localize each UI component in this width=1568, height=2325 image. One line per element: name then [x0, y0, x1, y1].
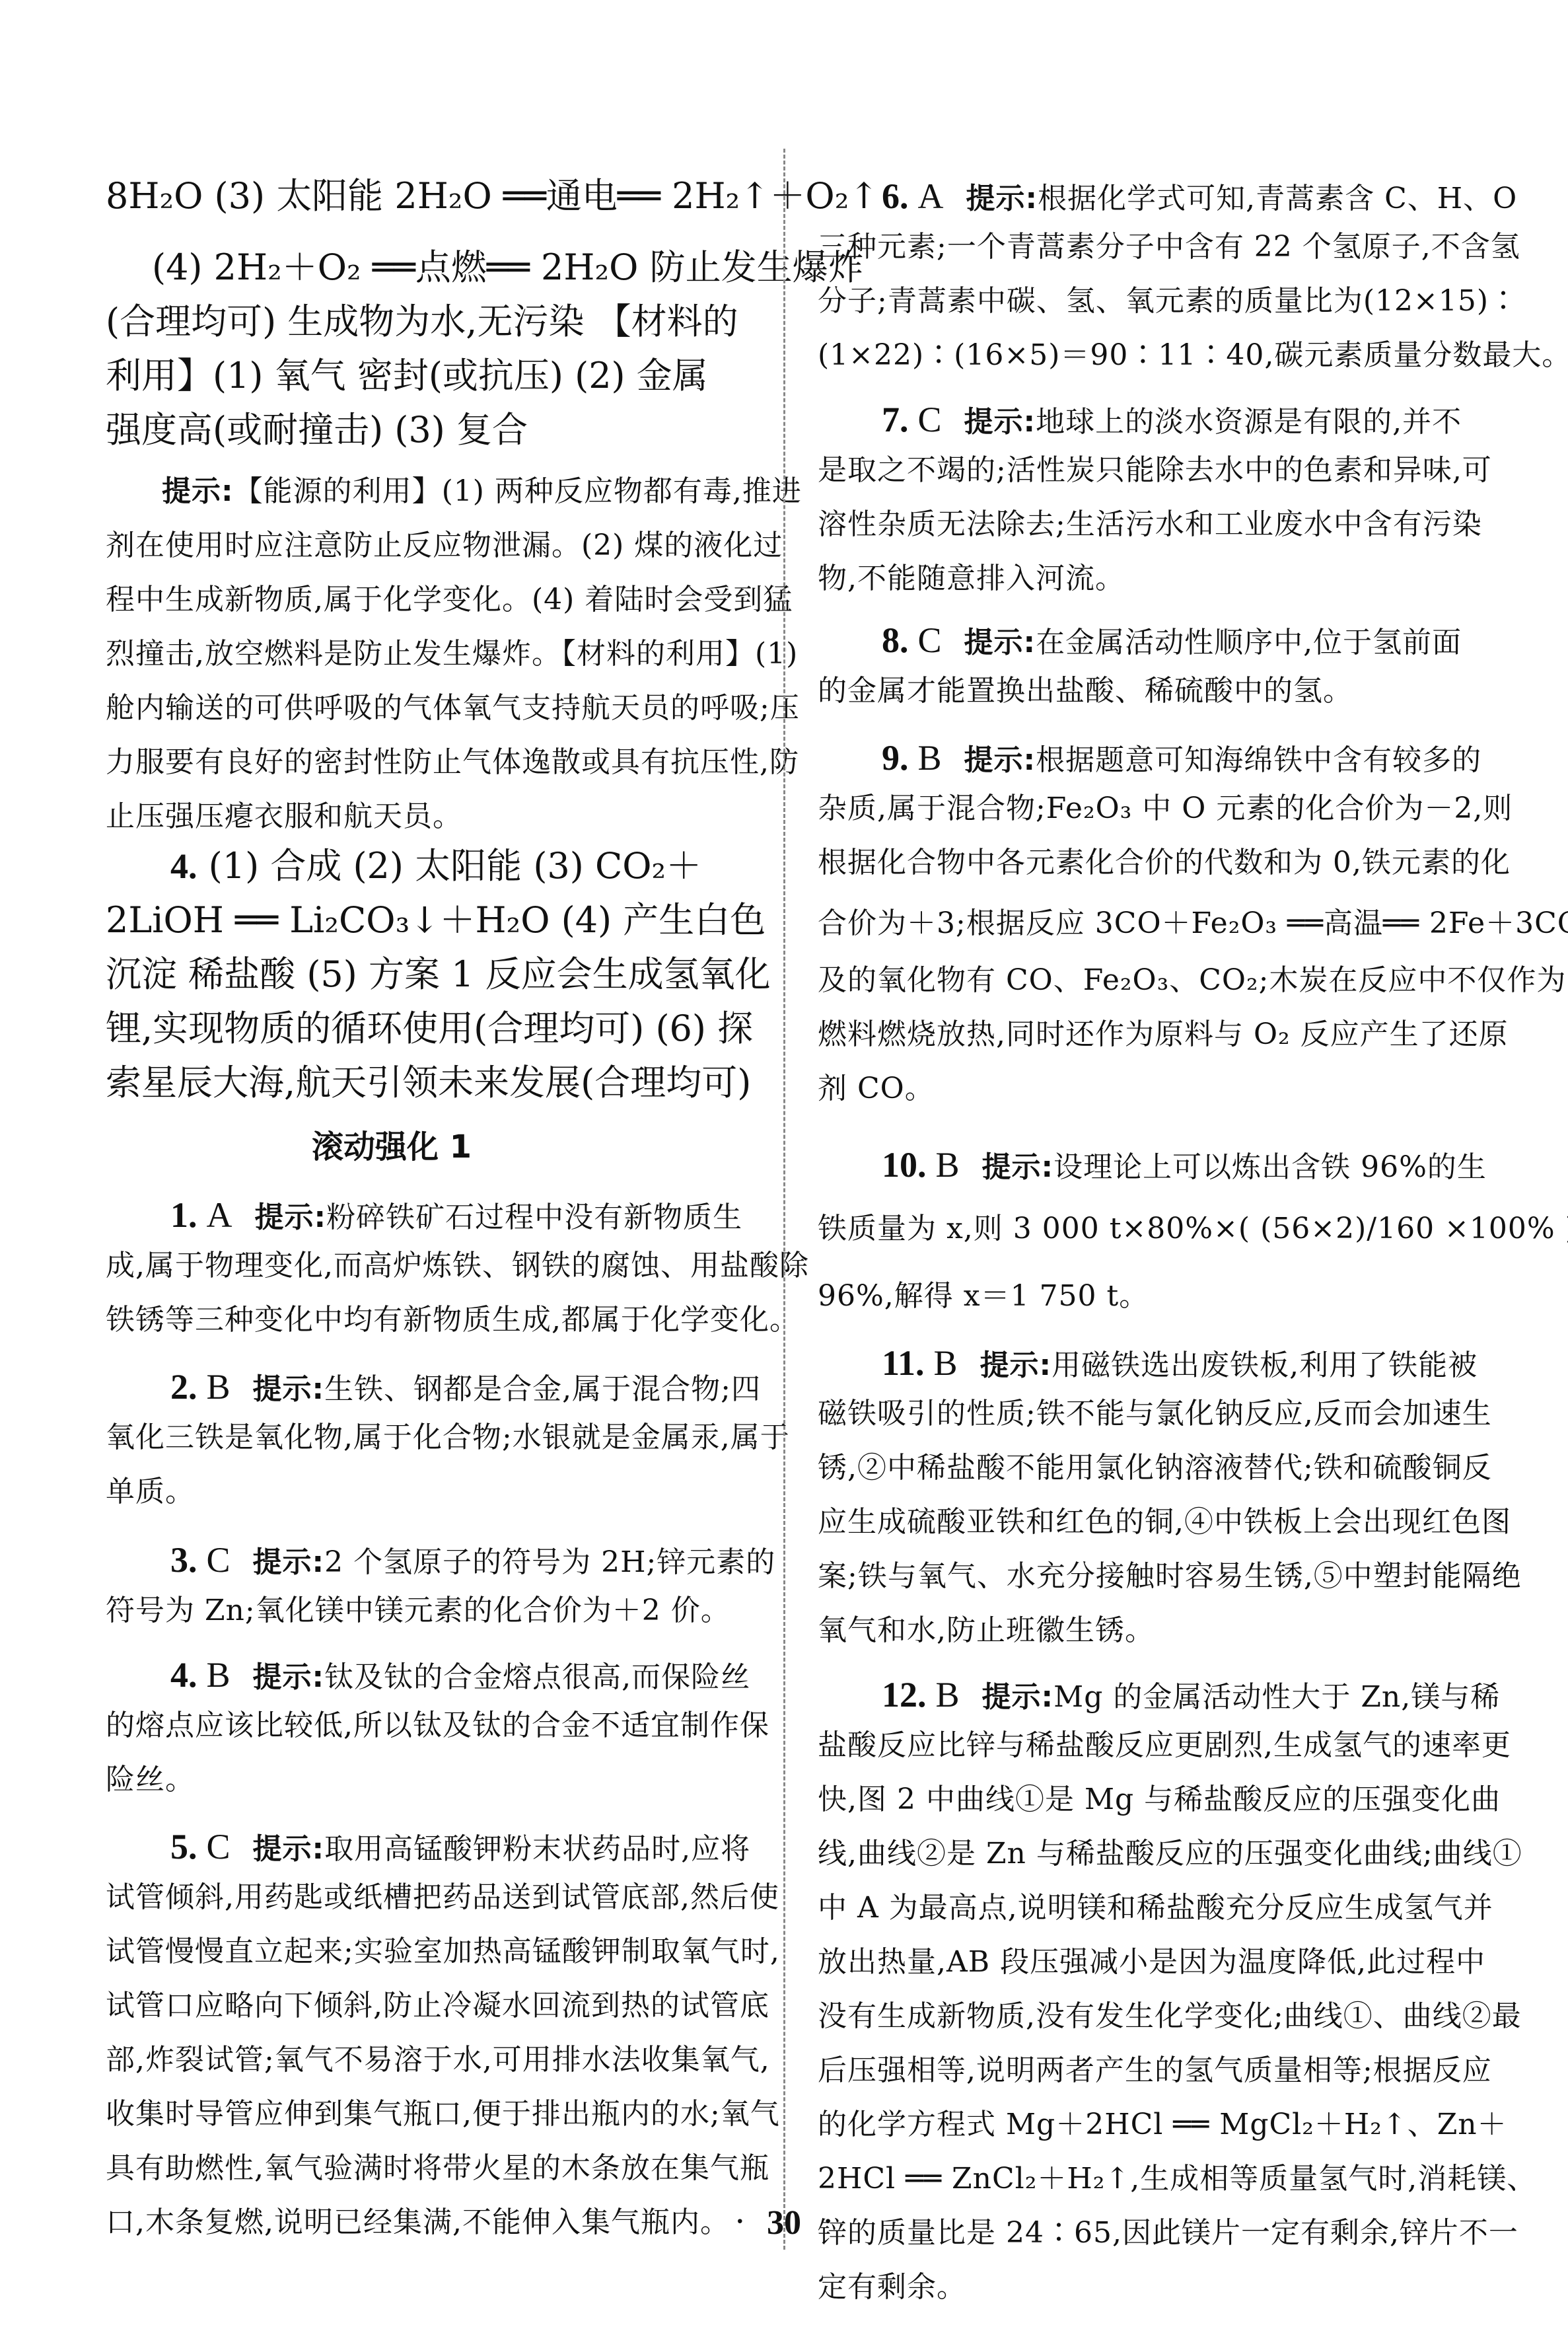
hint-text: 设理论上可以炼出含铁 96%的生 — [1053, 1150, 1487, 1184]
item-answer: B — [207, 1655, 231, 1695]
answer-item-1: 1.A提示:粉碎铁矿石过程中没有新物质生 — [170, 1197, 742, 1233]
item-2-line-3: 单质。 — [106, 1477, 195, 1506]
item-4-line-2: 的熔点应该比较低,所以钛及钛的合金不适宜制作保 — [106, 1711, 769, 1740]
q3-hint-line-3: 程中生成新物质,属于化学变化。(4) 着陆时会受到猛 — [106, 585, 793, 614]
item-9-line-5: 及的氧化物有 CO、Fe₂O₃、CO₂;木炭在反应中不仅作为 — [818, 966, 1566, 995]
item-7-line-2: 是取之不竭的;活性炭只能除去水中的色素和异味,可 — [818, 456, 1492, 485]
hint-label: 提示: — [964, 626, 1036, 659]
item-answer: B — [936, 1675, 960, 1715]
item-6-line-3: 分子;青蒿素中碳、氢、氧元素的质量比为(12×15)∶ — [818, 287, 1518, 316]
item-12-line-5: 中 A 为最高点,说明镁和稀盐酸充分反应生成氢气并 — [818, 1894, 1493, 1923]
q4-line-5: 索星辰大海,航天引领未来发展(合理均可) — [106, 1065, 751, 1101]
q3-hint-line-4: 烈撞击,放空燃料是防止发生爆炸。【材料的利用】(1) — [106, 640, 798, 669]
q3-hint-line-7: 止压强压瘪衣服和航天员。 — [106, 802, 462, 831]
hint-label: 提示: — [162, 474, 234, 508]
answer-item-2: 2.B提示:生铁、钢都是合金,属于混合物;四 — [170, 1369, 761, 1405]
answer-item-4: 4.B提示:钛及钛的合金熔点很高,而保险丝 — [170, 1657, 750, 1693]
item-answer: C — [918, 620, 942, 660]
q3-hint-line-2: 剂在使用时应注意防止反应物泄漏。(2) 煤的液化过 — [106, 531, 783, 560]
answer-item-11: 11.B提示:用磁铁选出废铁板,利用了铁能被 — [882, 1345, 1478, 1381]
answer-item-7: 7.C提示:地球上的淡水资源是有限的,并不 — [882, 402, 1462, 437]
item-11-line-2: 磁铁吸引的性质;铁不能与氯化钠反应,反而会加速生 — [818, 1399, 1492, 1428]
item-9-line-6: 燃料燃烧放热,同时还作为原料与 O₂ 反应产生了还原 — [818, 1020, 1509, 1049]
hint-text: 根据题意可知海绵铁中含有较多的 — [1036, 743, 1481, 777]
item-12-line-4: 线,曲线②是 Zn 与稀盐酸反应的压强变化曲线;曲线① — [818, 1839, 1522, 1868]
item-5-line-4: 试管口应略向下倾斜,防止冷凝水回流到热的试管底 — [106, 1991, 769, 2020]
item-11-line-3: 锈,②中稀盐酸不能用氯化钠溶液替代;铁和硫酸铜反 — [818, 1454, 1492, 1483]
item-9-line-2: 杂质,属于混合物;Fe₂O₃ 中 O 元素的化合价为－2,则 — [818, 794, 1513, 823]
hint-label: 提示: — [964, 743, 1036, 777]
hint-text: 取用高锰酸钾粉末状药品时,应将 — [324, 1832, 750, 1866]
item-7-line-3: 溶性杂质无法除去;生活污水和工业废水中含有污染 — [818, 510, 1482, 539]
page-number-dot-left: · — [736, 2206, 744, 2236]
answer-item-10: 10.B提示:设理论上可以炼出含铁 96%的生 — [882, 1147, 1487, 1183]
hint-text: 【能源的利用】(1) 两种反应物都有毒,推进 — [234, 474, 802, 508]
hint-text: 用磁铁选出废铁板,利用了铁能被 — [1051, 1348, 1478, 1382]
answer-item-9: 9.B提示:根据题意可知海绵铁中含有较多的 — [882, 740, 1481, 776]
q3-line-5: 强度高(或耐撞击) (3) 复合 — [106, 412, 528, 448]
hint-label: 提示: — [964, 405, 1036, 439]
page-number: ·30· — [0, 2203, 1568, 2242]
hint-text: 在金属活动性顺序中,位于氢前面 — [1036, 626, 1462, 659]
item-answer: C — [207, 1540, 231, 1580]
item-number: 9. — [882, 738, 909, 778]
hint-label: 提示: — [966, 182, 1038, 215]
hint-text: Mg 的金属活动性大于 Zn,镁与稀 — [1053, 1680, 1500, 1714]
answer-item-5: 5.C提示:取用高锰酸钾粉末状药品时,应将 — [170, 1829, 750, 1864]
item-12-line-6: 放出热量,AB 段压强减小是因为温度降低,此过程中 — [818, 1948, 1485, 1977]
hint-label: 提示: — [253, 1660, 325, 1694]
hint-label: 提示: — [253, 1372, 325, 1406]
item-number: 8. — [882, 620, 909, 660]
item-12-line-8: 后压强相等,说明两者产生的氢气质量相等;根据反应 — [818, 2056, 1492, 2085]
hint-text: 钛及钛的合金熔点很高,而保险丝 — [324, 1660, 750, 1694]
item-11-line-6: 氧气和水,防止班徽生锈。 — [818, 1616, 1155, 1645]
q4-line-1: 4. (1) 合成 (2) 太阳能 (3) CO₂＋ — [170, 848, 701, 884]
item-6-line-4: (1×22)∶(16×5)＝90∶11∶40,碳元素质量分数最大。 — [818, 341, 1568, 370]
q3-line-1: 8H₂O (3) 太阳能 2H₂O ══通电══ 2H₂↑＋O₂↑ — [106, 178, 879, 214]
hint-label: 提示: — [253, 1832, 325, 1866]
item-answer: B — [936, 1145, 960, 1185]
item-12-line-9: 的化学方程式 Mg＋2HCl ══ MgCl₂＋H₂↑、Zn＋ — [818, 2110, 1507, 2139]
item-9-line-7: 剂 CO。 — [818, 1074, 935, 1103]
q3-line-2: (4) 2H₂＋O₂ ══点燃══ 2H₂O 防止发生爆炸 — [152, 250, 864, 285]
q3-hint-line-1: 提示:【能源的利用】(1) 两种反应物都有毒,推进 — [162, 477, 802, 506]
item-9-line-3: 根据化合物中各元素化合价的代数和为 0,铁元素的化 — [818, 848, 1511, 877]
q3-line-4: 利用】(1) 氧气 密封(或抗压) (2) 金属 — [106, 358, 708, 394]
item-number: 2. — [170, 1367, 197, 1407]
answer-item-8: 8.C提示:在金属活动性顺序中,位于氢前面 — [882, 622, 1462, 658]
item-11-line-4: 应生成硫酸亚铁和红色的铜,④中铁板上会出现红色图 — [818, 1508, 1511, 1537]
hint-label: 提示: — [255, 1200, 327, 1234]
item-number: 10. — [882, 1145, 927, 1185]
answer-item-3: 3.C提示:2 个氢原子的符号为 2H;锌元素的 — [170, 1542, 775, 1578]
hint-text: 粉碎铁矿石过程中没有新物质生 — [326, 1200, 742, 1234]
item-12-line-7: 没有生成新物质,没有发生化学变化;曲线①、曲线②最 — [818, 2002, 1522, 2031]
item-12-line-2: 盐酸反应比锌与稀盐酸反应更剧烈,生成氢气的速率更 — [818, 1731, 1511, 1760]
item-5-line-6: 收集时导管应伸到集气瓶口,便于排出瓶内的水;氧气 — [106, 2100, 780, 2129]
item-number: 11. — [882, 1343, 925, 1383]
item-12-line-10: 2HCl ══ ZnCl₂＋H₂↑,生成相等质量氢气时,消耗镁、 — [818, 2164, 1536, 2194]
hint-text: 地球上的淡水资源是有限的,并不 — [1036, 405, 1462, 439]
item-number: 5. — [170, 1827, 197, 1866]
item-5-line-3: 试管慢慢直立起来;实验室加热高锰酸钾制取氧气时, — [106, 1937, 780, 1966]
q3-line-3: (合理均可) 生成物为水,无污染 【材料的 — [106, 304, 738, 340]
question-number: 4. — [170, 846, 197, 886]
item-number: 7. — [882, 400, 909, 439]
page-number-value: 30 — [767, 2204, 801, 2242]
item-number: 1. — [170, 1195, 197, 1235]
item-answer: A — [918, 176, 944, 216]
hint-label: 提示: — [982, 1680, 1054, 1714]
item-10-line-2: 铁质量为 x,则 3 000 t×80%×( (56×2)/160 ×100% … — [818, 1214, 1568, 1243]
item-6-line-2: 三种元素;一个青蒿素分子中含有 22 个氢原子,不含氢 — [818, 233, 1520, 262]
item-1-line-2: 成,属于物理变化,而高炉炼铁、钢铁的腐蚀、用盐酸除 — [106, 1251, 809, 1280]
item-12-line-3: 快,图 2 中曲线①是 Mg 与稀盐酸反应的压强变化曲 — [818, 1785, 1501, 1814]
item-7-line-4: 物,不能随意排入河流。 — [818, 564, 1125, 593]
q3-hint-line-6: 力服要有良好的密封性防止气体逸散或具有抗压性,防 — [106, 748, 799, 777]
item-3-line-2: 符号为 Zn;氧化镁中镁元素的化合价为＋2 价。 — [106, 1596, 731, 1625]
item-10-line-3: 96%,解得 x＝1 750 t。 — [818, 1282, 1149, 1311]
item-answer: B — [207, 1367, 231, 1407]
item-answer: C — [207, 1827, 231, 1866]
item-number: 3. — [170, 1540, 197, 1580]
column-divider — [783, 149, 785, 2250]
item-answer: C — [918, 400, 942, 439]
hint-label: 提示: — [980, 1348, 1052, 1382]
item-2-line-2: 氧化三铁是氧化物,属于化合物;水银就是金属汞,属于 — [106, 1423, 790, 1452]
hint-text: 根据化学式可知,青蒿素含 C、H、O — [1038, 182, 1517, 215]
item-5-line-5: 部,炸裂试管;氧气不易溶于水,可用排水法收集氧气, — [106, 2046, 770, 2075]
item-answer: B — [934, 1343, 958, 1383]
hint-label: 提示: — [982, 1150, 1054, 1184]
item-5-line-7: 具有助燃性,氧气验满时将带火星的木条放在集气瓶 — [106, 2154, 769, 2183]
item-8-line-2: 的金属才能置换出盐酸、稀硫酸中的氢。 — [818, 677, 1353, 706]
answer-item-12: 12.B提示:Mg 的金属活动性大于 Zn,镁与稀 — [882, 1677, 1500, 1713]
hint-label: 提示: — [253, 1545, 325, 1579]
item-11-line-5: 案;铁与氧气、水充分接触时容易生锈,⑤中塑封能隔绝 — [818, 1562, 1522, 1591]
item-answer: A — [207, 1195, 232, 1235]
hint-text: 2 个氢原子的符号为 2H;锌元素的 — [324, 1545, 775, 1579]
document-page: 8H₂O (3) 太阳能 2H₂O ══通电══ 2H₂↑＋O₂↑ (4) 2H… — [0, 0, 1568, 2325]
q4-line-3: 沉淀 稀盐酸 (5) 方案 1 反应会生成氢氧化 — [106, 957, 771, 992]
item-4-line-3: 险丝。 — [106, 1765, 195, 1794]
q3-hint-line-5: 舱内输送的可供呼吸的气体氧气支持航天员的呼吸;压 — [106, 694, 800, 723]
item-number: 4. — [170, 1655, 197, 1695]
q4-line-2: 2LiOH ══ Li₂CO₃↓＋H₂O (4) 产生白色 — [106, 903, 766, 938]
answer-item-6: 6.A提示:根据化学式可知,青蒿素含 C、H、O — [882, 178, 1517, 214]
item-number: 6. — [882, 176, 909, 216]
item-number: 12. — [882, 1675, 927, 1715]
page-number-dot-right: · — [824, 2206, 832, 2236]
hint-text: 生铁、钢都是合金,属于混合物;四 — [324, 1372, 761, 1406]
q4-text: (1) 合成 (2) 太阳能 (3) CO₂＋ — [209, 845, 702, 887]
item-12-line-12: 定有剩余。 — [818, 2273, 966, 2302]
item-5-line-2: 试管倾斜,用药匙或纸槽把药品送到试管底部,然后使 — [106, 1883, 779, 1912]
section-heading: 滚动强化 1 — [0, 1131, 783, 1163]
item-answer: B — [918, 738, 942, 778]
q4-line-4: 锂,实现物质的循环使用(合理均可) (6) 探 — [106, 1011, 753, 1047]
item-9-line-4: 合价为＋3;根据反应 3CO＋Fe₂O₃ ══高温══ 2Fe＋3CO₂,涉 — [818, 909, 1568, 938]
item-1-line-3: 铁锈等三种变化中均有新物质生成,都属于化学变化。 — [106, 1306, 799, 1335]
